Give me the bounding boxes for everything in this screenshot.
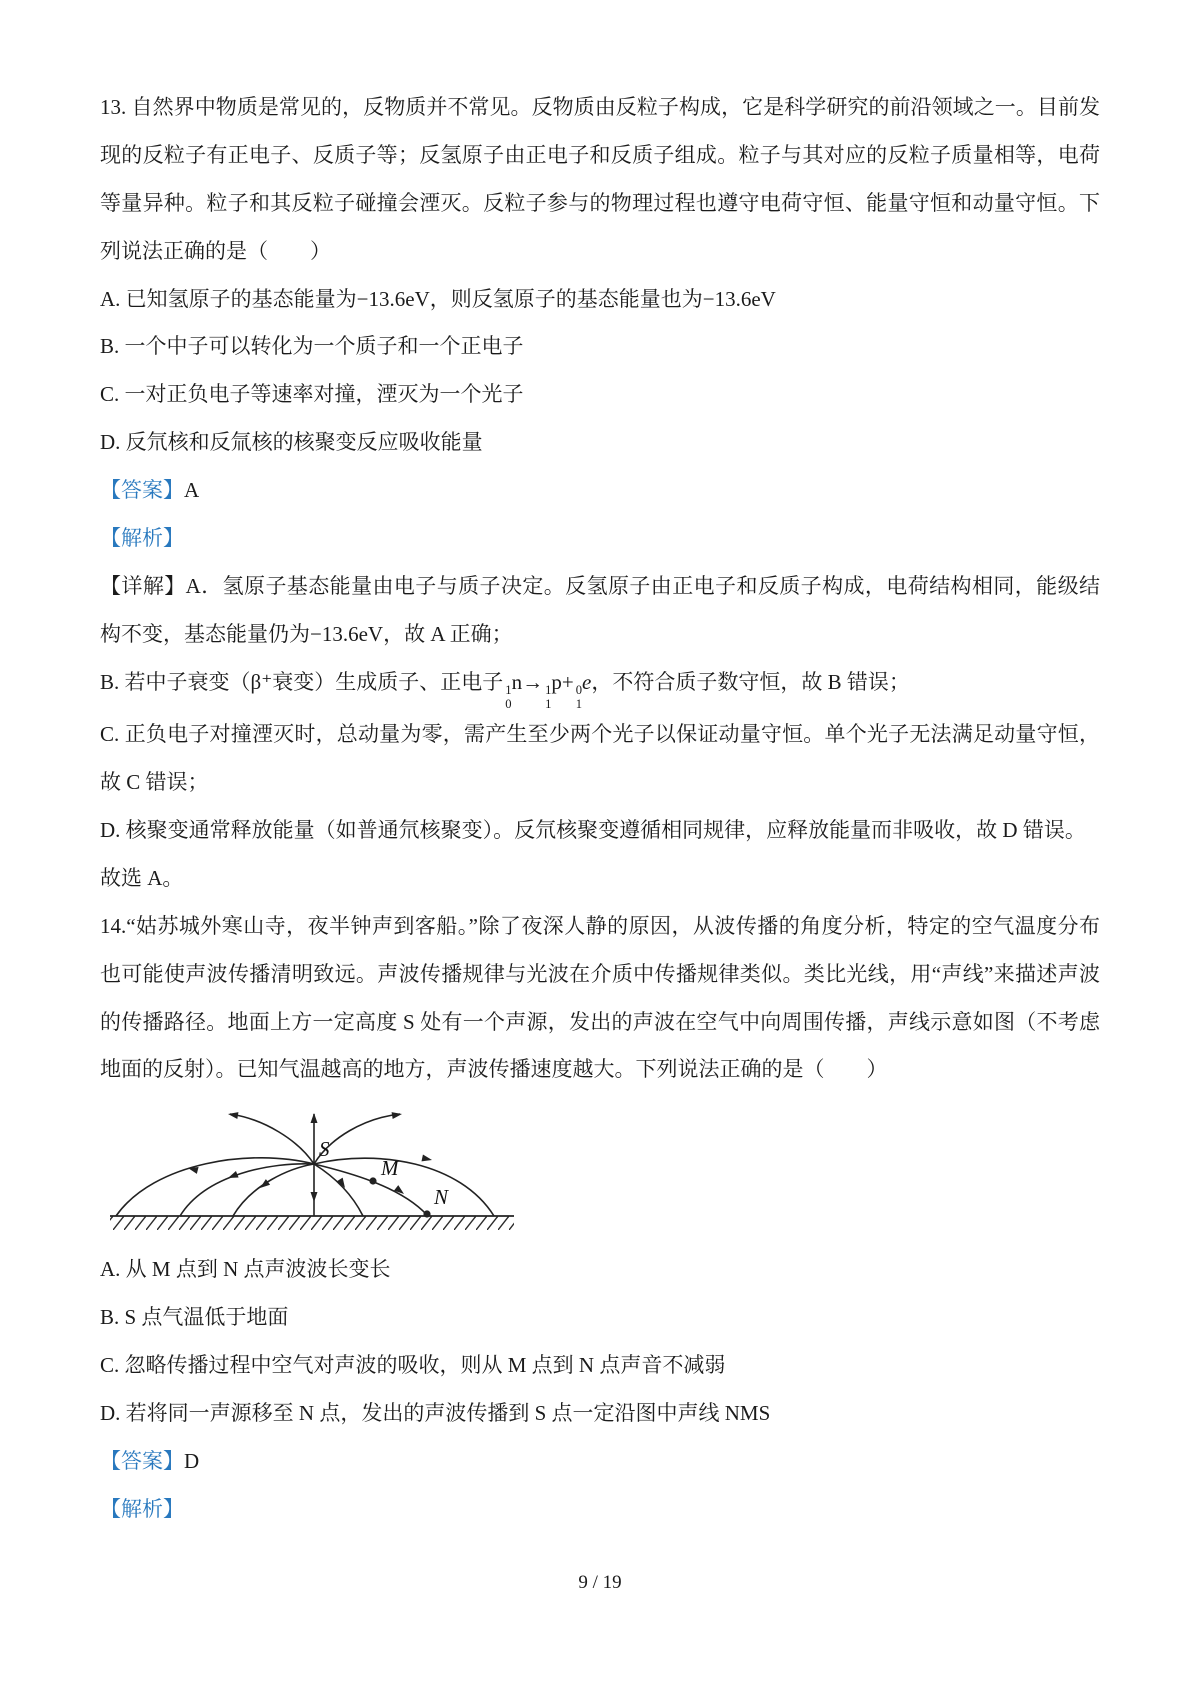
q13-detail-b-before: B. 若中子衰变（β⁺衰变）生成质子、正电子 (100, 670, 503, 694)
q13-stem: 13. 自然界中物质是常见的，反物质并不常见。反物质由反粒子构成，它是科学研究的… (100, 84, 1100, 276)
q13-detail-label: 【详解】 (100, 574, 186, 598)
positron-symbol: e (582, 670, 591, 694)
arrow-mid-left-1-icon (227, 1171, 239, 1181)
n-atomic-number: 0 (505, 697, 511, 711)
q13-detail-a-text: A．氢原子基态能量由电子与质子决定。反氢原子由正电子和反质子构成，电荷结构相同，… (100, 574, 1100, 646)
sound-rays-svg: S M N (102, 1104, 534, 1240)
neutron-symbol: n (512, 670, 523, 694)
ray-far-left (116, 1158, 314, 1216)
ground-hatching (110, 1216, 514, 1230)
q14-analysis-line: 【解析】 (100, 1486, 1100, 1534)
q13-option-a: A. 已知氢原子的基态能量为−13.6eV，则反氢原子的基态能量也为−13.6e… (100, 276, 1100, 324)
sound-rays-figure: S M N (102, 1104, 534, 1240)
q14-stem: 14.“姑苏城外寒山寺，夜半钟声到客船。”除了夜深人静的原因，从波传播的角度分析… (100, 903, 1100, 1095)
page-number: 9 / 19 (0, 1572, 1200, 1594)
q13-option-d: D. 反氘核和反氚核的核聚变反应吸收能量 (100, 419, 1100, 467)
q13-conclusion: 故选 A。 (100, 855, 1100, 903)
proton-symbol: p (551, 670, 562, 694)
e-atomic-number: 1 (576, 697, 582, 711)
q14-answer-label: 【答案】 (100, 1449, 184, 1473)
q13-option-b: B. 一个中子可以转化为一个质子和一个正电子 (100, 323, 1100, 371)
point-m (369, 1178, 376, 1185)
q13-detail-b-after: ，不符合质子数守恒，故 B 错误； (591, 670, 910, 694)
plus-sign: + (562, 670, 574, 694)
q13-answer-line: 【答案】A (100, 467, 1100, 515)
q14-option-d: D. 若将同一声源移至 N 点，发出的声波传播到 S 点一定沿图中声线 NMS (100, 1390, 1100, 1438)
q14-option-b: B. S 点气温低于地面 (100, 1294, 1100, 1342)
q14-answer-value: D (184, 1449, 199, 1473)
q14-analysis-label: 【解析】 (100, 1497, 184, 1521)
q13-detail-a: 【详解】A．氢原子基态能量由电子与质子决定。反氢原子由正电子和反质子构成，电荷结… (100, 563, 1100, 659)
ray-far-right (314, 1159, 494, 1217)
q13-detail-b: B. 若中子衰变（β⁺衰变）生成质子、正电子10n→11p+01e，不符合质子数… (100, 659, 1100, 712)
reaction-arrow: → (522, 670, 543, 694)
q14-answer-line: 【答案】D (100, 1438, 1100, 1486)
point-n (423, 1211, 430, 1218)
arrow-far-right-icon (421, 1155, 432, 1164)
q13-answer-value: A (184, 478, 199, 502)
nuclear-equation: 10n→11p+01e (503, 670, 591, 694)
q13-analysis-label: 【解析】 (100, 526, 184, 550)
label-n: N (433, 1185, 449, 1209)
p-atomic-number: 1 (545, 697, 551, 711)
q13-analysis-line: 【解析】 (100, 515, 1100, 563)
page-content: 13. 自然界中物质是常见的，反物质并不常见。反物质由反粒子构成，它是科学研究的… (0, 0, 1200, 1534)
arrow-down-icon (311, 1192, 318, 1202)
q14-option-c: C. 忽略传播过程中空气对声波的吸收，则从 M 点到 N 点声音不减弱 (100, 1342, 1100, 1390)
ray-smn (314, 1164, 427, 1215)
q13-detail-d: D. 核聚变通常释放能量（如普通氘核聚变）。反氘核聚变遵循相同规律，应释放能量而… (100, 807, 1100, 855)
arrow-up-icon (311, 1113, 318, 1123)
q14-option-a: A. 从 M 点到 N 点声波波长变长 (100, 1246, 1100, 1294)
arrow-up-right-icon (392, 1111, 403, 1119)
q13-detail-c: C. 正负电子对撞湮灭时，总动量为零，需产生至少两个光子以保证动量守恒。单个光子… (100, 711, 1100, 807)
label-m: M (380, 1156, 400, 1180)
label-s: S (319, 1137, 330, 1161)
ray-mid-right (314, 1164, 363, 1216)
ray-mid-left-1 (180, 1164, 314, 1216)
q13-option-c: C. 一对正负电子等速率对撞，湮灭为一个光子 (100, 371, 1100, 419)
arrow-up-left-icon (227, 1111, 238, 1119)
ray-up-left (230, 1114, 314, 1164)
q13-answer-label: 【答案】 (100, 478, 184, 502)
